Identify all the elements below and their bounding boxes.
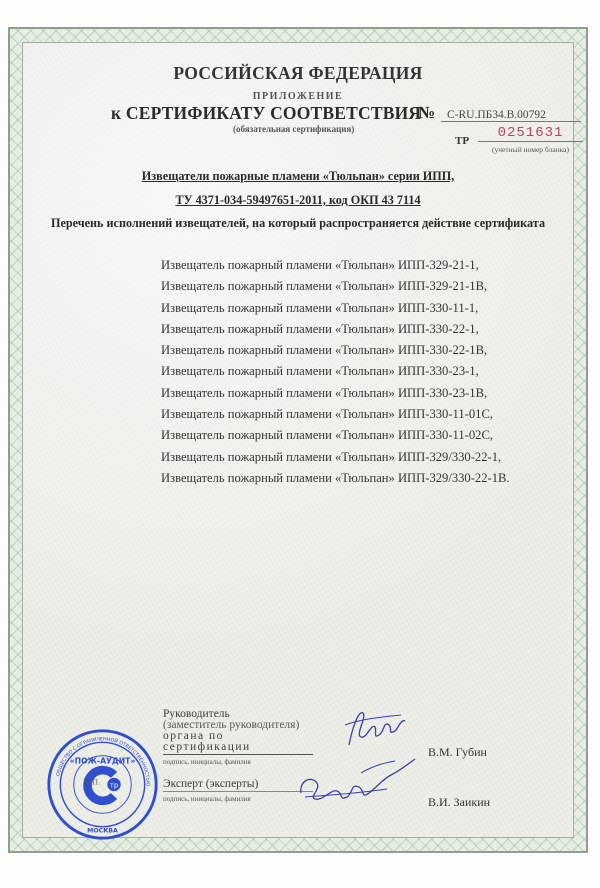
detectors-intro: Перечень исполнений извещателей, на кото… [23,216,573,231]
organization-stamp-icon: тр «ПОЖ-АУДИТ» М.П. МОСКВА ОБЩЕСТВО С ОГ… [45,727,160,842]
head-name: В.М. Губин [428,745,487,760]
country-title: РОССИЙСКАЯ ФЕДЕРАЦИЯ [23,63,573,84]
detector-list: Извещатель пожарный пламени «Тюльпан» ИП… [161,255,510,489]
certificate-page: РОССИЙСКАЯ ФЕДЕРАЦИЯ ПРИЛОЖЕНИЕ к СЕРТИФ… [22,42,574,838]
footer-microtext-strip [10,838,586,851]
blank-number: 0251631 [478,125,583,142]
list-item: Извещатель пожарный пламени «Тюльпан» ИП… [161,447,510,468]
certificate-number: C-RU.ПБ34.В.00792 [441,109,581,122]
tr-label: ТР [455,135,469,147]
expert-name: В.И. Заикин [428,795,490,810]
list-item: Извещатель пожарный пламени «Тюльпан» ИП… [161,298,510,319]
svg-text:МОСКВА: МОСКВА [87,827,118,834]
certificate-title: к СЕРТИФИКАТУ СООТВЕТСТВИЯ [111,103,421,124]
list-item: Извещатель пожарный пламени «Тюльпан» ИП… [161,383,510,404]
list-item: Извещатель пожарный пламени «Тюльпан» ИП… [161,468,510,489]
certificate-border: РОССИЙСКАЯ ФЕДЕРАЦИЯ ПРИЛОЖЕНИЕ к СЕРТИФ… [8,27,588,853]
blank-number-note: (учетный номер бланка) [478,145,583,154]
appendix-label: ПРИЛОЖЕНИЕ [23,91,573,102]
list-item: Извещатель пожарный пламени «Тюльпан» ИП… [161,276,510,297]
list-item: Извещатель пожарный пламени «Тюльпан» ИП… [161,255,510,276]
head-role-line3: органа по сертификации [163,731,313,755]
svg-text:«ПОЖ-АУДИТ»: «ПОЖ-АУДИТ» [70,756,136,765]
head-signature-icon [341,705,411,750]
list-item: Извещатель пожарный пламени «Тюльпан» ИП… [161,319,510,340]
list-item: Извещатель пожарный пламени «Тюльпан» ИП… [161,425,510,446]
list-item: Извещатель пожарный пламени «Тюльпан» ИП… [161,340,510,361]
number-sign: № [418,103,435,123]
list-item: Извещатель пожарный пламени «Тюльпан» ИП… [161,404,510,425]
certification-type: (обязательная сертификация) [233,124,354,134]
product-series: Извещатели пожарные пламени «Тюльпан» се… [23,169,573,184]
svg-text:М.П.: М.П. [83,779,100,787]
product-spec: ТУ 4371-034-59497651-2011, код ОКП 43 71… [23,193,573,208]
expert-signature-icon [291,753,421,808]
svg-text:тр: тр [110,781,118,789]
list-item: Извещатель пожарный пламени «Тюльпан» ИП… [161,361,510,382]
